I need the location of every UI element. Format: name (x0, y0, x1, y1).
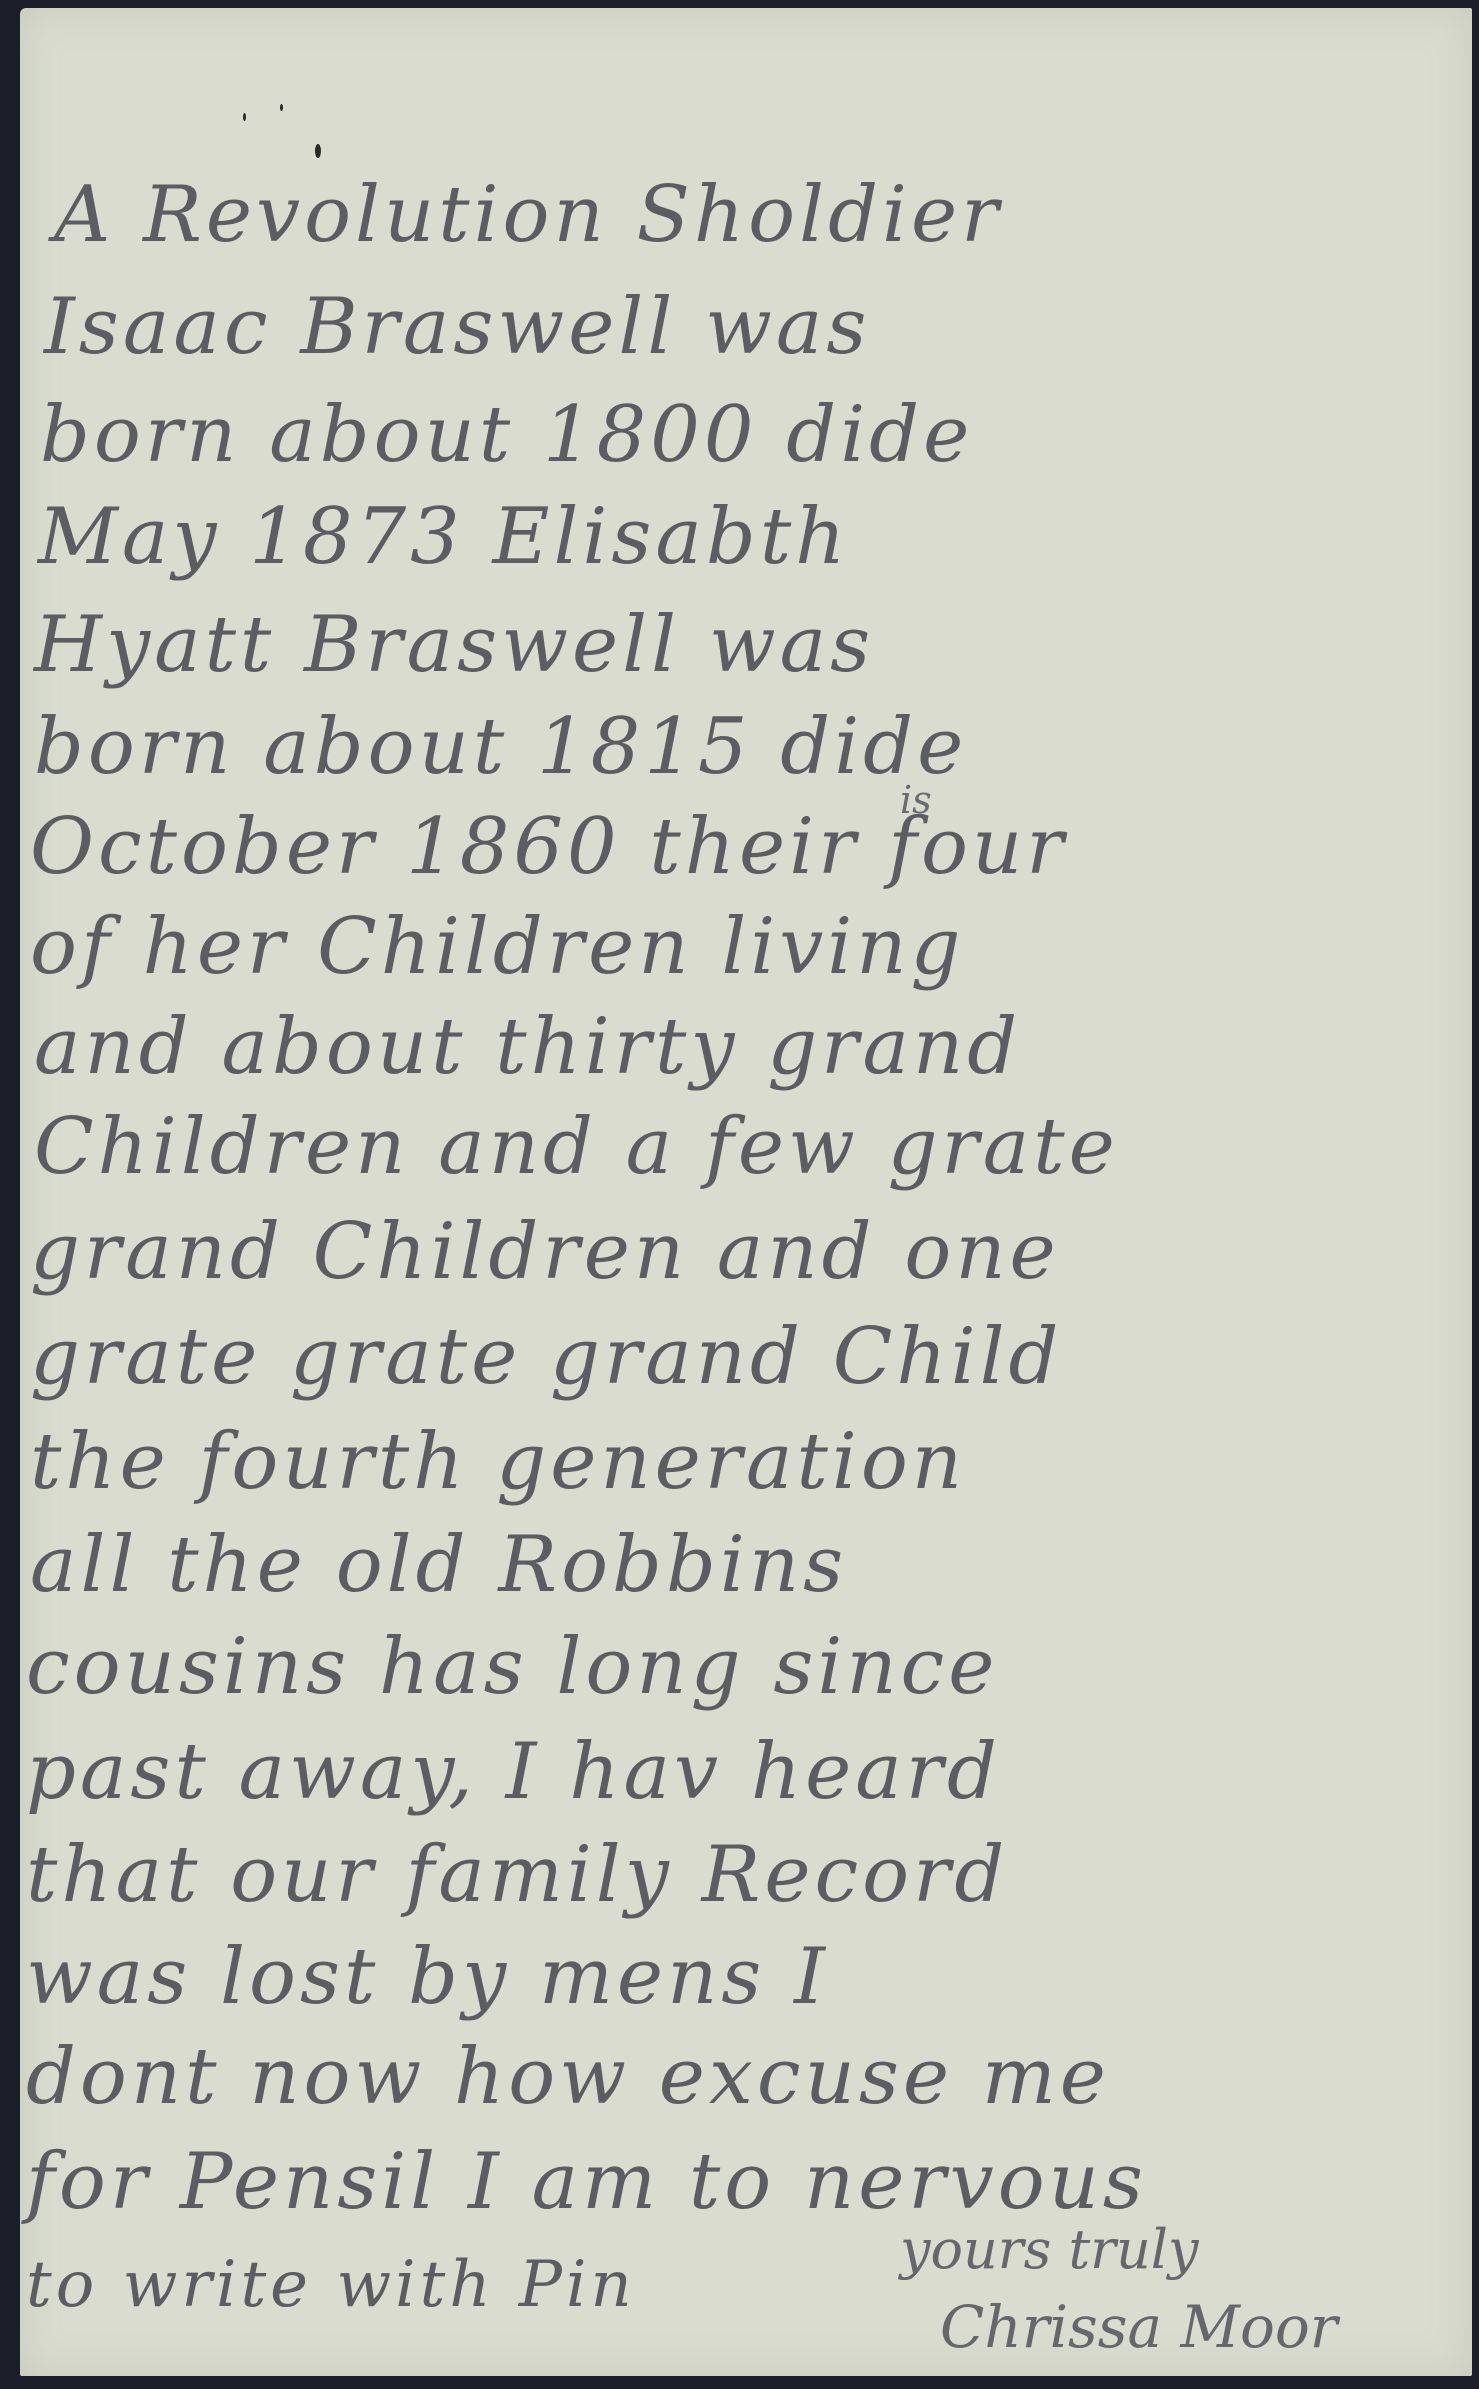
letter-line-10: Children and a few grate (34, 1108, 1119, 1186)
letter-line-5: Hyatt Braswell was (34, 606, 874, 684)
letter-line-18: was lost by mens I (26, 1938, 829, 2016)
signature: Chrissa Moor (940, 2293, 1338, 2361)
letter-page: A Revolution Sholdier Isaac Braswell was… (20, 8, 1472, 2376)
letter-line-4: May 1873 Elisabth (38, 498, 849, 576)
letter-line-2: Isaac Braswell was (44, 288, 870, 366)
letter-line-14: all the old Robbins (30, 1526, 847, 1604)
letter-line-16: past away, I hav heard (26, 1733, 1001, 1811)
letter-line-8: of her Children living (30, 908, 964, 986)
letter-line-15: cousins has long since (26, 1628, 998, 1706)
letter-line-19: dont now how excuse me (26, 2038, 1110, 2116)
letter-line-11: grand Children and one (30, 1213, 1060, 1291)
letter-line-21: to write with Pin (26, 2253, 636, 2317)
letter-line-3: born about 1800 dide (40, 396, 973, 474)
letter-line-12: grate grate grand Child (30, 1318, 1062, 1396)
letter-line-9: and about thirty grand (34, 1008, 1021, 1086)
letter-insertion-is: is (900, 778, 932, 822)
paper-speck (315, 144, 321, 158)
letter-line-17: that our family Record (26, 1836, 1008, 1914)
paper-speck (280, 104, 283, 111)
letter-line-1: A Revolution Sholdier (54, 176, 1002, 254)
letter-line-6: born about 1815 dide (34, 708, 967, 786)
paper-speck (243, 113, 246, 121)
letter-line-13: the fourth generation (30, 1423, 966, 1501)
closing-salutation: yours truly (900, 2218, 1199, 2281)
letter-line-20: for Pensil I am to nervous (26, 2143, 1147, 2221)
